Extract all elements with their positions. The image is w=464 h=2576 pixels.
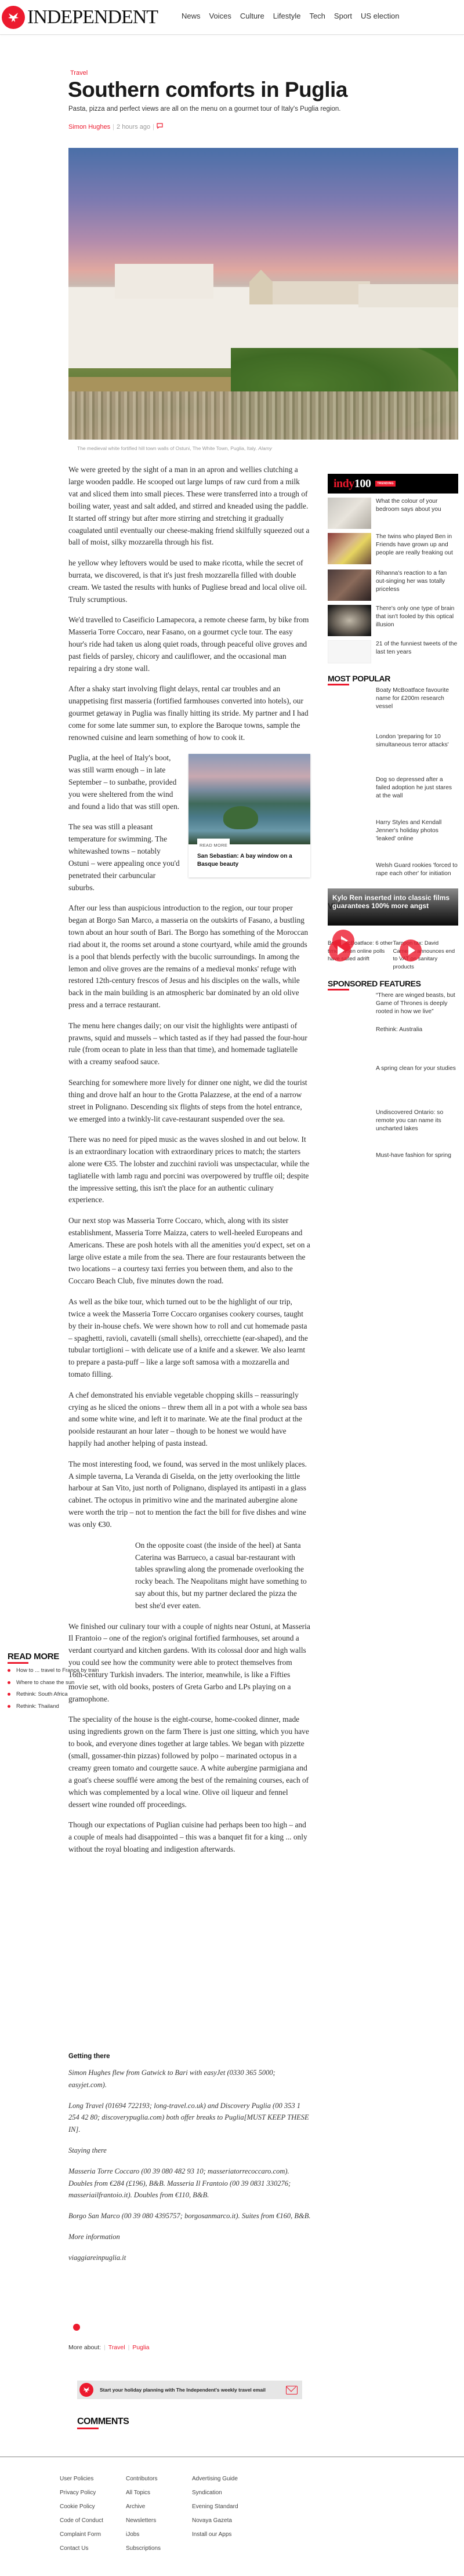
tag-travel[interactable]: Travel [108,2344,125,2351]
info-link[interactable]: viaggiareinpuglia.it [68,2252,312,2264]
trending-thumbnail [328,533,371,564]
meta-divider: | [153,124,154,130]
paragraph: After a shaky start involving flight del… [68,683,310,744]
site-header: INDEPENDENT News Voices Culture Lifestyl… [0,0,464,35]
featured-video[interactable]: Video Kylo Ren inserted into classic fil… [328,888,458,926]
article-meta: Simon Hughes | 2 hours ago | [68,123,163,130]
footer-column: Advertising Guide Syndication Evening St… [192,2475,258,2553]
trending-item[interactable]: 21 of the funniest tweets of the last te… [328,640,458,663]
footer-link[interactable]: Privacy Policy [60,2489,126,2497]
trending-thumbnail [328,605,371,636]
play-icon[interactable] [400,939,422,962]
footer-link[interactable]: Newsletters [126,2517,192,2525]
nav-news[interactable]: News [182,12,201,20]
more-about-label: More about: [68,2344,101,2351]
heading-underline [77,2428,99,2429]
tag-puglia[interactable]: Puglia [132,2344,149,2351]
paragraph: After our less than auspicious introduct… [68,902,310,1011]
info-paragraph: Simon Hughes flew from Gatwick to Bari w… [68,2067,312,2091]
info-paragraph: More information [68,2231,312,2243]
paragraph: We'd travelled to Caseificio Lamapecora,… [68,614,310,675]
paragraph: The most interesting food, we found, was… [68,1458,310,1531]
bullet-icon [8,1669,10,1672]
footer-link[interactable]: Novaya Gazeta [192,2517,258,2525]
footer-link[interactable]: Install our Apps [192,2531,258,2539]
nav-tech[interactable]: Tech [309,12,325,20]
author-link[interactable]: Simon Hughes [68,124,110,130]
bullet-icon [8,1705,10,1708]
bullet-icon [8,1693,10,1696]
trending-item[interactable]: Rihanna's reaction to a fan out-singing … [328,569,458,601]
paragraph: Searching for somewhere more lively for … [68,1077,310,1126]
more-about: More about: | Travel | Puglia [68,2344,150,2351]
image-caption: The medieval white fortified hill town w… [77,445,272,451]
read-more-heading: READ MORE [8,1652,129,1661]
read-more-tag: READ MORE [197,839,230,853]
hero-image [68,148,458,440]
indy100-banner[interactable]: indy100 TRENDING [328,474,458,494]
site-logo[interactable]: INDEPENDENT [2,6,158,29]
read-more-box: READ MORE How to ... travel to France by… [8,1652,129,1715]
sponsored-item[interactable]: Must-have fashion for spring [376,1134,458,1160]
trending-item[interactable]: What the colour of your bedroom says abo… [328,498,458,529]
comment-icon[interactable] [157,123,163,130]
sidebar: indy100 TRENDING What the colour of your… [328,474,458,1160]
trending-thumbnail [328,640,371,663]
read-more-item[interactable]: Rethink: South Africa [8,1691,129,1697]
paragraph: The menu here changes daily; on our visi… [68,1020,310,1069]
most-popular-heading: MOST POPULAR [328,674,458,685]
info-heading: Getting there [68,2053,312,2060]
footer-link[interactable]: Complaint Form [60,2531,126,2539]
trending-thumbnail [328,498,371,529]
footer-link[interactable]: Evening Standard [192,2503,258,2511]
footer-link[interactable]: Contact Us [60,2545,126,2553]
paragraph: Our next stop was Masseria Torre Coccaro… [68,1215,310,1287]
footer-divider [0,2457,464,2457]
nav-sport[interactable]: Sport [334,12,352,20]
image-credit: Alamy [258,445,272,451]
eagle-icon [2,6,25,29]
comments-heading: COMMENTS [77,2417,129,2427]
footer-link[interactable]: Advertising Guide [192,2475,258,2483]
most-popular-item[interactable]: Harry Styles and Kendall Jenner's holida… [376,814,458,857]
indy100-logo: indy100 [333,477,371,491]
paragraph: A chef demonstrated his enviable vegetab… [68,1389,310,1450]
read-more-item[interactable]: How to ... travel to France by train [8,1667,129,1674]
site-footer: User Policies Privacy Policy Cookie Poli… [60,2475,258,2553]
footer-link[interactable]: Cookie Policy [60,2503,126,2511]
sponsored-heading: SPONSORED FEATURES [328,979,458,991]
paragraph: There was no need for piped music as the… [68,1134,310,1206]
paragraph: We were greeted by the sight of a man in… [68,464,310,549]
footer-link[interactable]: All Topics [126,2489,192,2497]
footer-link[interactable]: Code of Conduct [60,2517,126,2525]
paragraph: he yellow whey leftovers would be used t… [68,557,310,606]
publish-time: 2 hours ago [117,124,150,130]
paragraph: Though our expectations of Puglian cuisi… [68,1819,310,1856]
most-popular-item[interactable]: London 'preparing for 10 simultaneous te… [376,728,458,771]
heading-underline [8,1662,28,1664]
article-title: Southern comforts in Puglia [68,78,347,102]
newsletter-signup[interactable]: Start your holiday planning with The Ind… [77,2381,302,2399]
nav-lifestyle[interactable]: Lifestyle [273,12,301,20]
nav-voices[interactable]: Voices [209,12,231,20]
trending-item[interactable]: There's only one type of brain that isn'… [328,605,458,636]
brand-name: INDEPENDENT [27,6,158,29]
footer-link[interactable]: Syndication [192,2489,258,2497]
video-list: Boaty McBoatface: 6 other times when onl… [328,933,458,971]
play-icon[interactable] [329,939,351,962]
footer-link[interactable]: Archive [126,2503,192,2511]
related-article-card[interactable]: READ MORE San Sebastian: A bay window on… [188,754,310,877]
comments-section: COMMENTS [77,2417,129,2429]
travel-info: Getting there Simon Hughes flew from Gat… [68,2053,312,2273]
section-label[interactable]: Travel [70,70,88,77]
trending-badge: TRENDING [375,481,396,487]
mail-icon [286,2386,298,2394]
footer-link[interactable]: iJobs [126,2531,192,2539]
footer-column: User Policies Privacy Policy Cookie Poli… [60,2475,126,2553]
info-paragraph: Masseria Torre Coccaro (00 39 080 482 93… [68,2165,312,2201]
bullet-icon [8,1681,10,1684]
footer-link[interactable]: Contributors [126,2475,192,2483]
featured-video-title: Kylo Ren inserted into classic films gua… [332,894,451,910]
info-paragraph: Borgo San Marco (00 39 080 4395757; borg… [68,2210,312,2222]
sponsored-item[interactable]: A spring clean for your studies [376,1048,458,1091]
sponsored-item[interactable]: “There are winged beasts, but Game of Th… [376,991,458,1048]
read-more-item[interactable]: Where to chase the sun [8,1679,129,1686]
footer-link[interactable]: Subscriptions [126,2545,192,2553]
nav-us-election[interactable]: US election [361,12,399,20]
trending-thumbnail [328,569,371,601]
most-popular-item[interactable]: Welsh Guard rookies 'forced to rape each… [376,857,458,887]
sponsored-item[interactable]: Undiscovered Ontario: so remote you can … [376,1091,458,1134]
meta-divider: | [113,124,114,130]
read-more-item[interactable]: Rethink: Thailand [8,1703,129,1710]
article-standfirst: Pasta, pizza and perfect views are all o… [68,106,340,113]
eagle-icon [79,2383,93,2397]
end-marker-icon [73,2324,80,2331]
nav-culture[interactable]: Culture [240,12,264,20]
footer-column: Contributors All Topics Archive Newslett… [126,2475,192,2553]
newsletter-text: Start your holiday planning with The Ind… [100,2387,286,2393]
info-paragraph: Long Travel (01694 722193; long-travel.c… [68,2100,312,2136]
main-nav: News Voices Culture Lifestyle Tech Sport… [182,12,399,20]
most-popular-item[interactable]: Boaty McBoatface favourite name for £200… [376,685,458,728]
footer-link[interactable]: User Policies [60,2475,126,2483]
trending-item[interactable]: The twins who played Ben in Friends have… [328,533,458,565]
most-popular-item[interactable]: Dog so depressed after a failed adoption… [376,771,458,814]
info-paragraph: Staying there [68,2145,312,2157]
paragraph: The speciality of the house is the eight… [68,1714,310,1811]
related-article-image [188,754,310,844]
paragraph: As well as the bike tour, which turned o… [68,1296,310,1381]
